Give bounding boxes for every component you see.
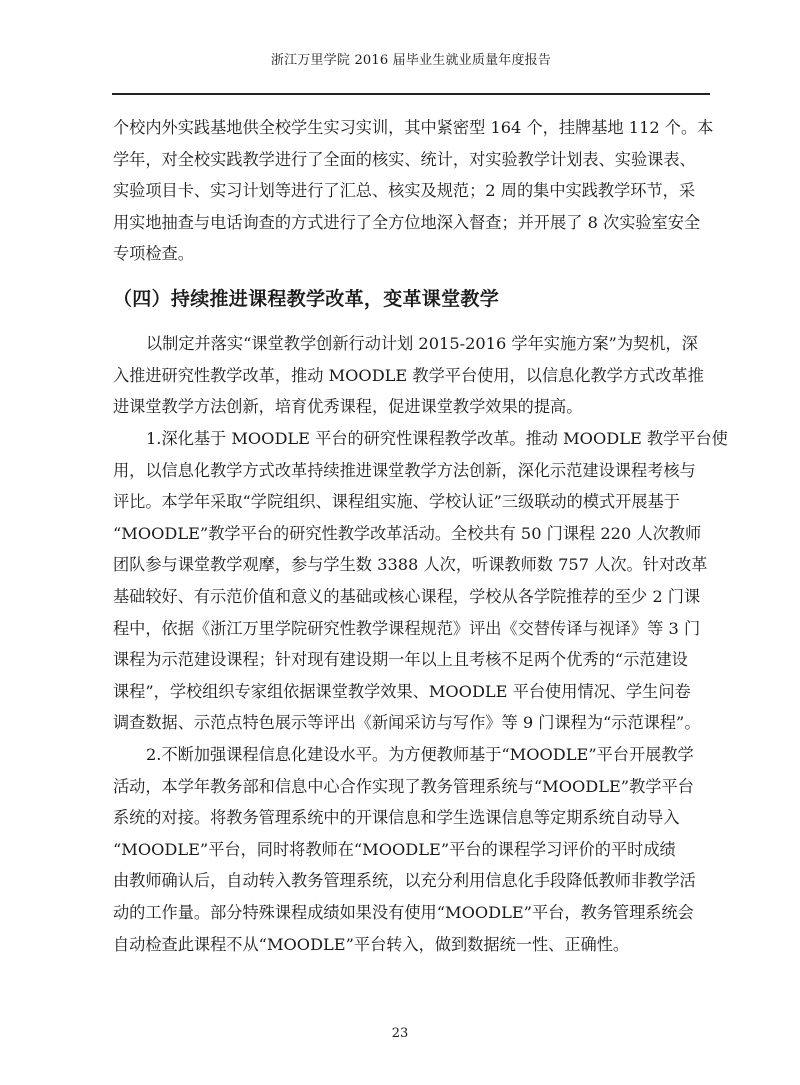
text-line: 自动检查此课程不从“MOODLE”平台转入，做到数据统一性、正确性。 bbox=[113, 929, 709, 961]
text-line: 2.不断加强课程信息化建设水平。为方便教师基于“MOODLE”平台开展教学 bbox=[113, 739, 709, 771]
text-line: 程中，依据《浙江万里学院研究性教学课程规范》评出《交替传译与视译》等 3 门 bbox=[113, 613, 709, 645]
text-line: 学年，对全校实践教学进行了全面的核实、统计，对实验教学计划表、实验课表、 bbox=[113, 144, 709, 176]
text-line: 活动，本学年教务部和信息中心合作实现了教务管理系统与“MOODLE”教学平台 bbox=[113, 771, 709, 803]
text-line: 用实地抽查与电话询查的方式进行了全方位地深入督查；并开展了 8 次实验室安全 bbox=[113, 207, 709, 239]
text-line: 系统的对接。将教务管理系统中的开课信息和学生选课信息等定期系统自动导入 bbox=[113, 802, 709, 834]
header-rule bbox=[112, 93, 710, 95]
paragraph-practice-bases: 个校内外实践基地供全校学生实习实训，其中紧密型 164 个，挂牌基地 112 个… bbox=[113, 112, 709, 270]
text-line: “MOODLE”教学平台的研究性教学改革活动。全校共有 50 门课程 220 人… bbox=[113, 518, 709, 550]
text-line: 个校内外实践基地供全校学生实习实训，其中紧密型 164 个，挂牌基地 112 个… bbox=[113, 112, 709, 144]
text-line: “MOODLE”平台，同时将教师在“MOODLE”平台的课程学习评价的平时成绩 bbox=[113, 834, 709, 866]
text-line: 进课堂教学方法创新，培育优秀课程，促进课堂教学效果的提高。 bbox=[113, 391, 709, 423]
text-line: 课程”，学校组织专家组依据课堂教学效果、MOODLE 平台使用情况、学生问卷 bbox=[113, 676, 709, 708]
text-line: 基础较好、有示范价值和意义的基础或核心课程，学校从各学院推荐的至少 2 门课 bbox=[113, 581, 709, 613]
text-line: 由教师确认后，自动转入教务管理系统，以充分利用信息化手段降低教师非教学活 bbox=[113, 865, 709, 897]
text-line: 专项检查。 bbox=[113, 238, 709, 270]
paragraph-informatization: 2.不断加强课程信息化建设水平。为方便教师基于“MOODLE”平台开展教学 活动… bbox=[113, 739, 709, 960]
text-line: 1.深化基于 MOODLE 平台的研究性课程教学改革。推动 MOODLE 教学平… bbox=[113, 423, 709, 455]
section-heading: （四）持续推进课程教学改革，变革课堂教学 bbox=[113, 284, 499, 311]
text-line: 以制定并落实“课堂教学创新行动计划 2015-2016 学年实施方案”为契机，深 bbox=[113, 328, 709, 360]
paragraph-intro: 以制定并落实“课堂教学创新行动计划 2015-2016 学年实施方案”为契机，深… bbox=[113, 328, 709, 423]
text-line: 团队参与课堂教学观摩，参与学生数 3388 人次，听课教师数 757 人次。针对… bbox=[113, 549, 709, 581]
text-line: 入推进研究性教学改革，推动 MOODLE 教学平台使用，以信息化教学方式改革推 bbox=[113, 360, 709, 392]
text-line: 用，以信息化教学方式改革持续推进课堂教学方法创新，深化示范建设课程考核与 bbox=[113, 455, 709, 487]
text-line: 动的工作量。部分特殊课程成绩如果没有使用“MOODLE”平台，教务管理系统会 bbox=[113, 897, 709, 929]
page-number: 23 bbox=[0, 1026, 800, 1041]
paragraph-moodle-reform: 1.深化基于 MOODLE 平台的研究性课程教学改革。推动 MOODLE 教学平… bbox=[113, 423, 709, 739]
text-line: 实验项目卡、实习计划等进行了汇总、核实及规范；2 周的集中实践教学环节，采 bbox=[113, 175, 709, 207]
text-line: 调查数据、示范点特色展示等评出《新闻采访与写作》等 9 门课程为“示范课程”。 bbox=[113, 707, 709, 739]
text-line: 评比。本学年采取“学院组织、课程组实施、学校认证”三级联动的模式开展基于 bbox=[113, 486, 709, 518]
running-header: 浙江万里学院 2016 届毕业生就业质量年度报告 bbox=[112, 49, 710, 68]
text-line: 课程为示范建设课程；针对现有建设期一年以上且考核不足两个优秀的“示范建设 bbox=[113, 644, 709, 676]
